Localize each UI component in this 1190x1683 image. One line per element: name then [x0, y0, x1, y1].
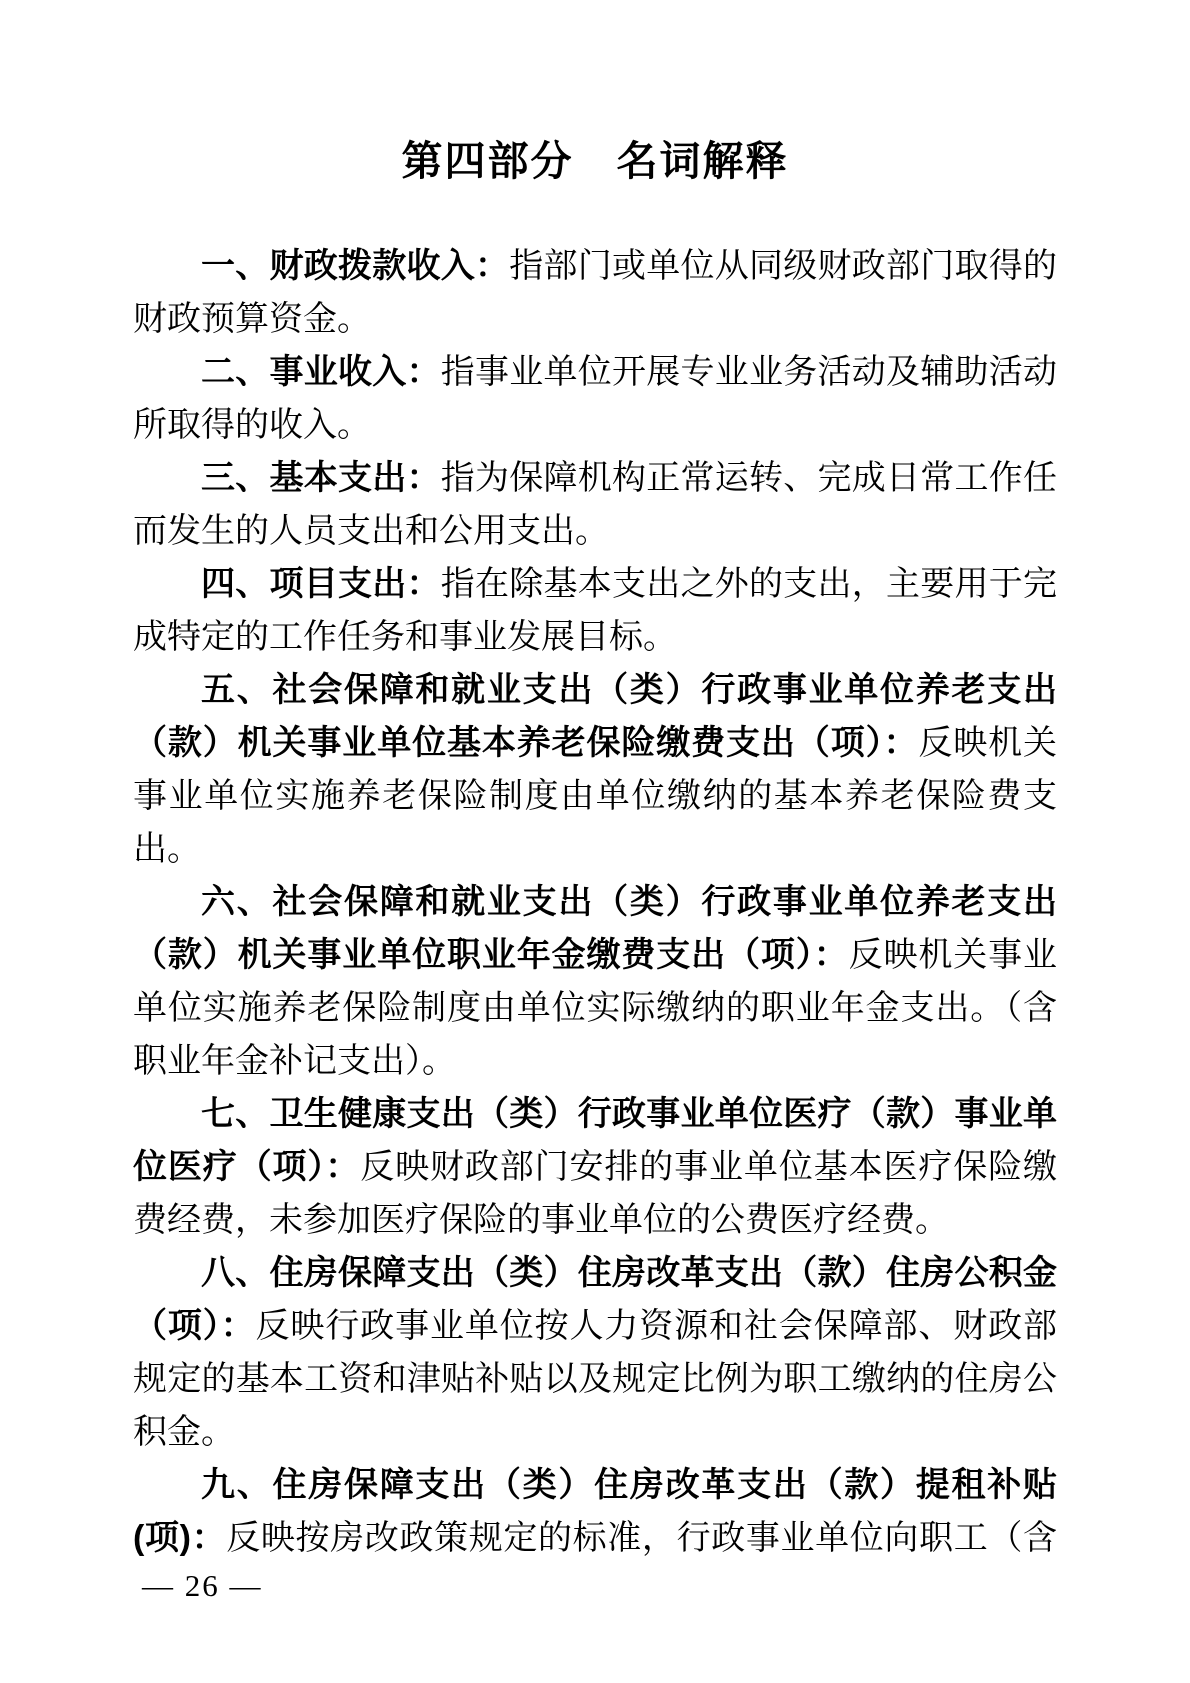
definition-paragraph-8: 八、住房保障支出（类）住房改革支出（款）住房公积金（项）：反映行政事业单位按人力…	[133, 1247, 1057, 1459]
document-body: 一、财政拨款收入：指部门或单位从同级财政部门取得的财政预算资金。 二、事业收入：…	[133, 240, 1057, 1570]
definition-paragraph-9: 九、住房保障支出（类）住房改革支出（款）提租补贴(项)：反映按房改政策规定的标准…	[133, 1459, 1057, 1570]
definition-paragraph-3: 三、基本支出：指为保障机构正常运转、完成日常工作任而发生的人员支出和公用支出。	[133, 452, 1057, 558]
term-label: 三、基本支出：	[201, 459, 441, 497]
page-title: 第四部分 名词解释	[133, 128, 1057, 187]
definition-paragraph-1: 一、财政拨款收入：指部门或单位从同级财政部门取得的财政预算资金。	[133, 240, 1057, 346]
page-footer: — 26 —	[142, 1568, 263, 1604]
definition-paragraph-6: 六、社会保障和就业支出（类）行政事业单位养老支出（款）机关事业单位职业年金缴费支…	[133, 876, 1057, 1088]
term-definition: 反映按房改政策规定的标准，行政事业单位向职工（含离退休人	[133, 1520, 1057, 1570]
definition-paragraph-2: 二、事业收入：指事业单位开展专业业务活动及辅助活动所取得的收入。	[133, 346, 1057, 452]
term-label: 一、财政拨款收入：	[201, 247, 509, 285]
term-label: 二、事业收入：	[201, 353, 441, 391]
document-page: 第四部分 名词解释 一、财政拨款收入：指部门或单位从同级财政部门取得的财政预算资…	[0, 0, 1190, 1683]
page-number: — 26 —	[142, 1568, 263, 1603]
term-definition: 反映行政事业单位按人力资源和社会保障部、财政部规定的基本工资和津贴补贴以及规定比…	[133, 1308, 1057, 1451]
definition-paragraph-5: 五、社会保障和就业支出（类）行政事业单位养老支出（款）机关事业单位基本养老保险缴…	[133, 664, 1057, 876]
definition-paragraph-7: 七、卫生健康支出（类）行政事业单位医疗（款）事业单位医疗（项）：反映财政部门安排…	[133, 1088, 1057, 1247]
term-label: 四、项目支出：	[201, 565, 441, 603]
definition-paragraph-4: 四、项目支出：指在除基本支出之外的支出，主要用于完成特定的工作任务和事业发展目标…	[133, 558, 1057, 664]
